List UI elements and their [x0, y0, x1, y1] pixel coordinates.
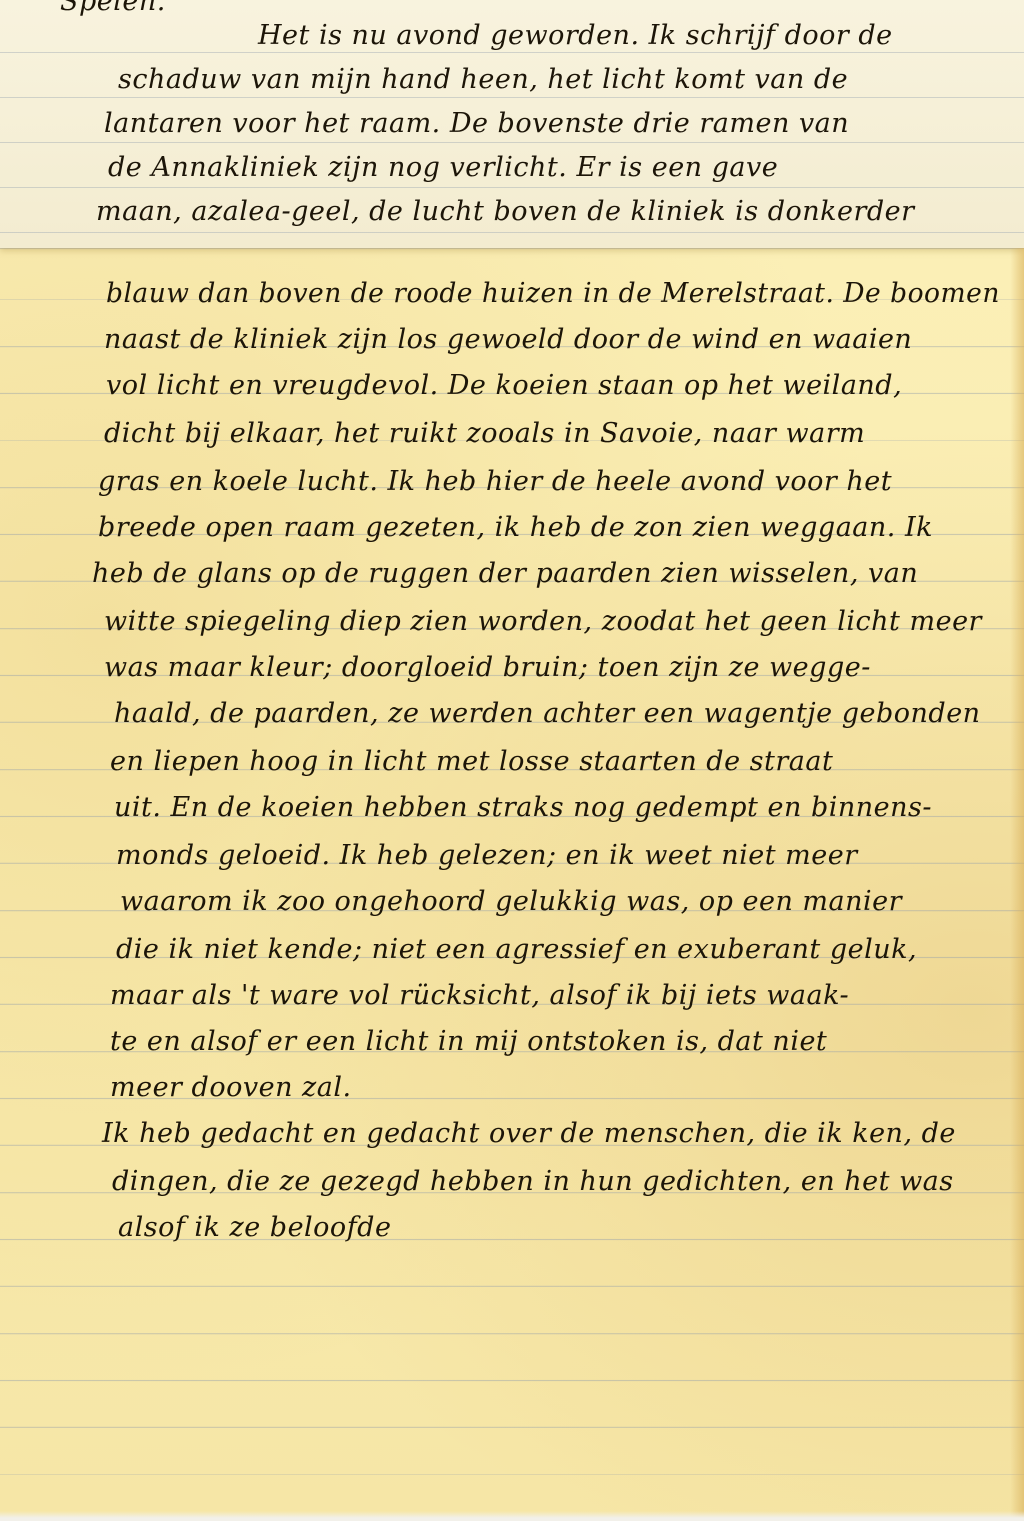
handwritten-line: blauw dan boven de roode huizen in de Me… — [106, 278, 1000, 309]
handwritten-line: en liepen hoog in licht met losse staart… — [110, 746, 833, 777]
handwritten-line: vol licht en vreugdevol. De koeien staan… — [106, 370, 902, 401]
handwritten-line: dicht bij elkaar, het ruikt zooals in Sa… — [104, 418, 865, 449]
handwritten-line: haald, de paarden, ze werden achter een … — [114, 698, 981, 729]
page-edge-bottom — [0, 1511, 1024, 1521]
handwritten-line: breede open raam gezeten, ik heb de zon … — [98, 512, 933, 543]
handwritten-line: naast de kliniek zijn los gewoeld door d… — [104, 324, 912, 355]
handwritten-line: de Annakliniek zijn nog verlicht. Er is … — [108, 152, 778, 183]
handwritten-line: die ik niet kende; niet een agressief en… — [116, 934, 917, 965]
handwritten-line: maar als 't ware vol rücksicht, alsof ik… — [110, 980, 849, 1011]
handwritten-line: schaduw van mijn hand heen, het licht ko… — [118, 64, 848, 95]
page-edge-right — [1010, 248, 1024, 1521]
handwritten-line: meer dooven zal. — [110, 1072, 352, 1103]
diary-page: Spelen.Het is nu avond geworden. Ik schr… — [0, 0, 1024, 1521]
top-fragment-text: Spelen. — [60, 0, 166, 17]
handwritten-line: was maar kleur; doorgloeid bruin; toen z… — [104, 652, 871, 683]
handwritten-line: uit. En de koeien hebben straks nog gede… — [114, 792, 932, 823]
handwritten-line: heb de glans op de ruggen der paarden zi… — [92, 558, 918, 589]
handwritten-line: maan, azalea-geel, de lucht boven de kli… — [96, 196, 915, 227]
handwritten-line: waarom ik zoo ongehoord gelukkig was, op… — [120, 886, 902, 917]
handwritten-line: monds geloeid. Ik heb gelezen; en ik wee… — [116, 840, 858, 871]
handwritten-line: te en alsof er een licht in mij ontstoke… — [110, 1026, 827, 1057]
handwritten-line: Het is nu avond geworden. Ik schrijf doo… — [258, 20, 893, 51]
handwritten-line: gras en koele lucht. Ik heb hier de heel… — [98, 466, 892, 497]
handwritten-line: dingen, die ze gezegd hebben in hun gedi… — [112, 1166, 954, 1197]
handwritten-line: alsof ik ze beloofde — [118, 1212, 391, 1243]
handwritten-line: witte spiegeling diep zien worden, zooda… — [104, 606, 982, 637]
handwritten-line: Ik heb gedacht en gedacht over de mensch… — [102, 1118, 956, 1149]
handwritten-line: lantaren voor het raam. De bovenste drie… — [104, 108, 849, 139]
